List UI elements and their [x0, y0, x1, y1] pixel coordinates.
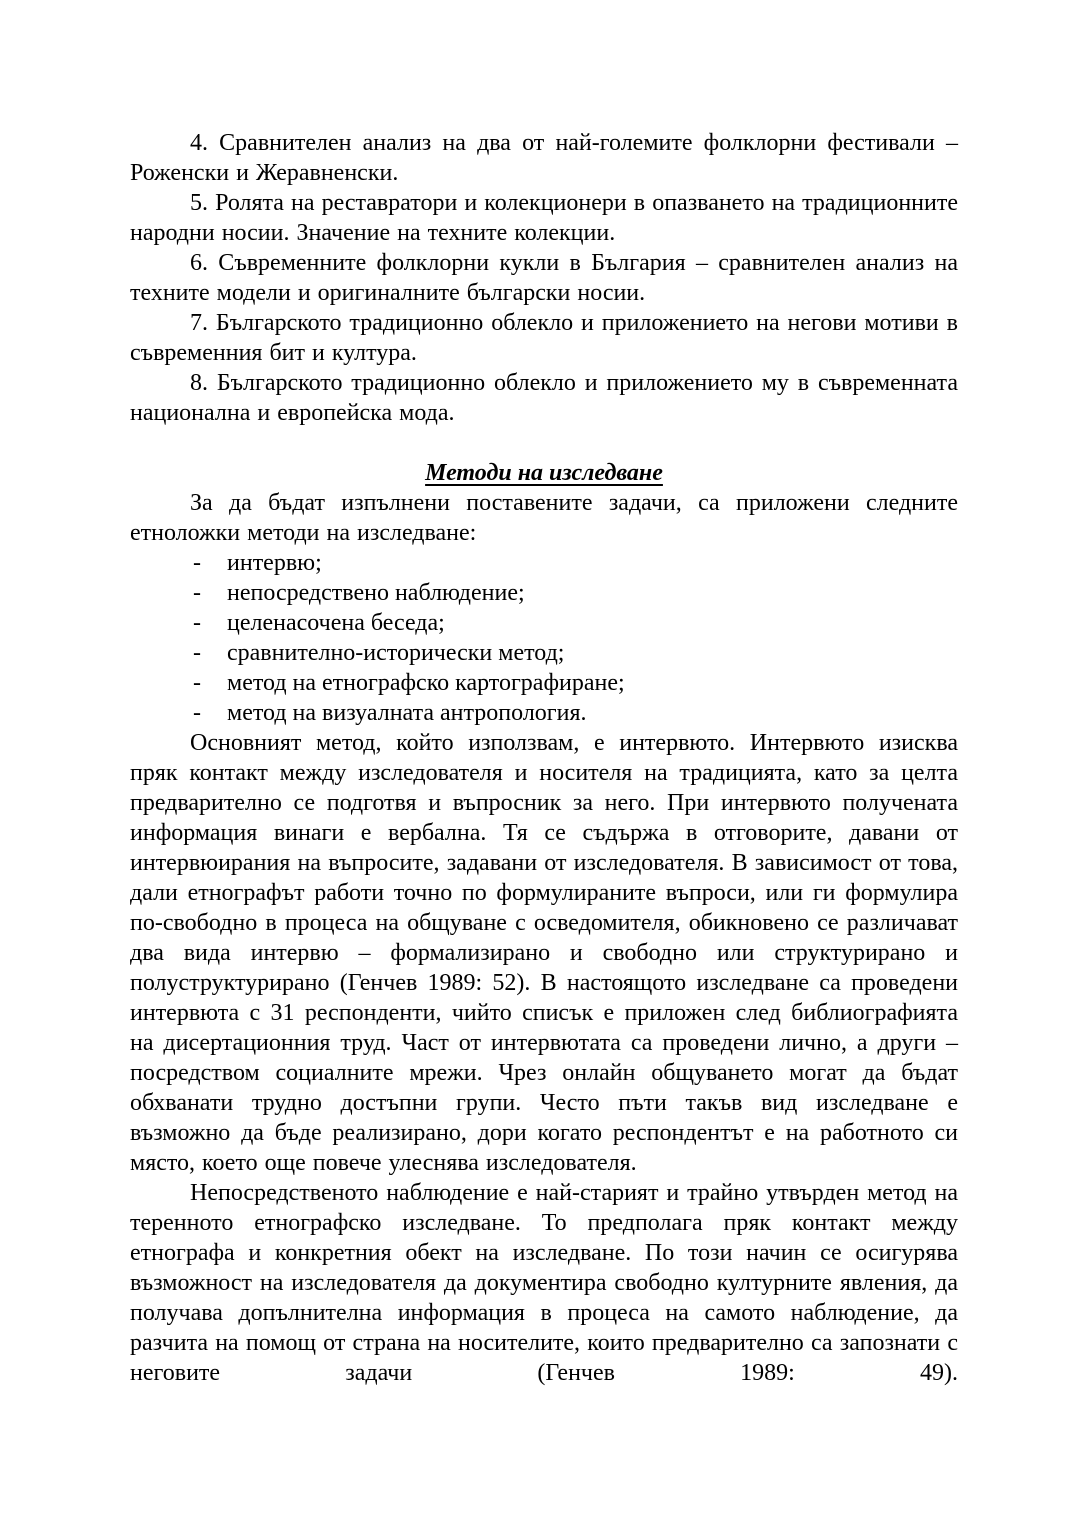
list-item-conversation: -целенасочена беседа;: [130, 608, 958, 638]
list-item-text: сравнително-исторически метод;: [227, 640, 564, 666]
list-item-cartography: -метод на етнографско картографиране;: [130, 668, 958, 698]
numbered-item-8: 8. Българското традиционно облекло и при…: [130, 368, 958, 428]
body-paragraph-observation: Непосредственото наблюдение е най-стария…: [130, 1178, 958, 1388]
list-dash: -: [193, 698, 227, 728]
list-dash: -: [193, 548, 227, 578]
numbered-item-5: 5. Ролята на реставратори и колекционери…: [130, 188, 958, 248]
list-dash: -: [193, 638, 227, 668]
list-dash: -: [193, 608, 227, 638]
list-item-comparative-method: -сравнително-исторически метод;: [130, 638, 958, 668]
intro-paragraph: За да бъдат изпълнени поставените задачи…: [130, 488, 958, 548]
list-item-text: целенасочена беседа;: [227, 610, 445, 636]
section-heading: Методи на изследване: [130, 458, 958, 488]
document-page: 4. Сравнителен анализ на два от най-голе…: [0, 0, 1080, 1527]
numbered-item-4: 4. Сравнителен анализ на два от най-голе…: [130, 128, 958, 188]
list-dash: -: [193, 578, 227, 608]
numbered-item-6: 6. Съвременните фолклорни кукли в Българ…: [130, 248, 958, 308]
list-item-text: метод на етнографско картографиране;: [227, 670, 625, 696]
section-heading-text: Методи на изследване: [425, 460, 663, 486]
list-item-observation: -непосредствено наблюдение;: [130, 578, 958, 608]
list-item-text: метод на визуалната антропология.: [227, 700, 587, 726]
list-item-text: интервю;: [227, 550, 322, 576]
list-item-interview: -интервю;: [130, 548, 958, 578]
list-item-visual-anthropology: -метод на визуалната антропология.: [130, 698, 958, 728]
methods-list: -интервю; -непосредствено наблюдение; -ц…: [130, 548, 958, 728]
body-paragraph-interview: Основният метод, който използвам, е инте…: [130, 728, 958, 1178]
numbered-item-7: 7. Българското традиционно облекло и при…: [130, 308, 958, 368]
list-dash: -: [193, 668, 227, 698]
list-item-text: непосредствено наблюдение;: [227, 580, 525, 606]
